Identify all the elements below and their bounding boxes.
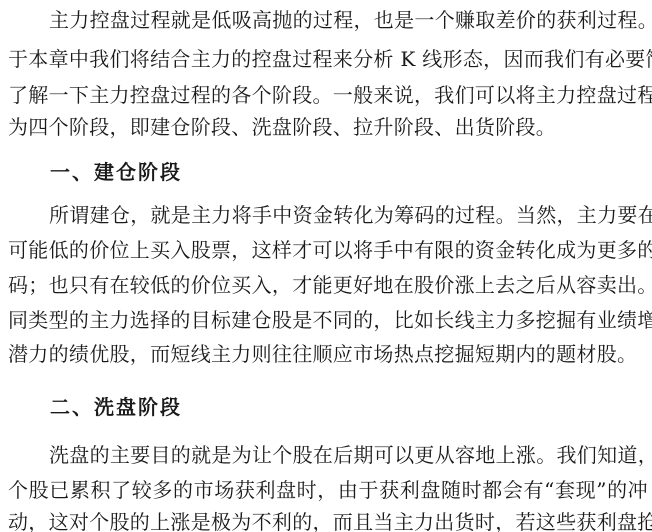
paragraph-line: 所谓建仓，就是主力将手中资金转化为筹码的过程。当然，主力要在尽 <box>49 203 648 227</box>
section-heading: 二、洗盘阶段 <box>50 395 182 419</box>
paragraph-line: 主力控盘过程就是低吸高抛的过程，也是一个赚取差价的获利过程。由 <box>49 8 648 32</box>
paragraph-line: 于本章中我们将结合主力的控盘过程来分析 K 线形态，因而我们有必要简单 <box>8 47 648 71</box>
paragraph-line: 个股已累积了较多的市场获利盘时，由于获利盘随时都会有“套现”的冲 <box>8 478 648 502</box>
paragraph-line: 洗盘的主要目的就是为让个股在后期可以更从容地上涨。我们知道，当 <box>49 443 648 467</box>
section-heading: 一、建仓阶段 <box>50 160 182 184</box>
paragraph-line: 为四个阶段，即建仓阶段、洗盘阶段、拉升阶段、出货阶段。 <box>8 115 648 139</box>
paragraph-line: 可能低的价位上买入股票，这样才可以将手中有限的资金转化成为更多的筹 <box>8 238 648 262</box>
paragraph-line: 潜力的绩优股，而短线主力则往往顺应市场热点挖掘短期内的题材股。 <box>8 342 648 366</box>
paragraph-line: 了解一下主力控盘过程的各个阶段。一般来说，我们可以将主力控盘过程分 <box>8 83 648 107</box>
paragraph-line: 码；也只有在较低的价位买入，才能更好地在股价涨上去之后从容卖出。不 <box>8 273 648 297</box>
paragraph-line: 动，这对个股的上涨是极为不利的，而且当主力出货时，若这些获利盘抢着 <box>8 510 648 532</box>
paragraph-line: 同类型的主力选择的目标建仓股是不同的，比如长线主力多挖掘有业绩增长 <box>8 308 648 332</box>
